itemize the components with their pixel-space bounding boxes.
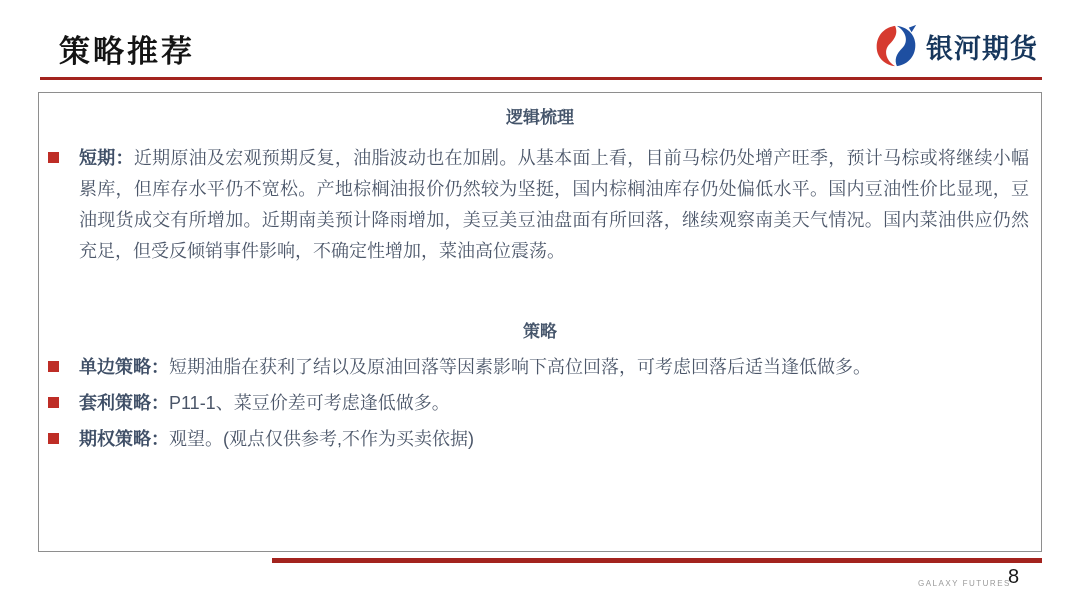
- footer-rule: [272, 558, 1042, 563]
- strategy-text: 短期油脂在获利了结以及原油回落等因素影响下高位回落，可考虑回落后适当逢低做多。: [169, 357, 871, 377]
- strategy-label: 期权策略：: [79, 429, 169, 449]
- content-box: 逻辑梳理 短期：近期原油及宏观预期反复，油脂波动也在加剧。从基本面上看，目前马棕…: [38, 92, 1042, 552]
- section-heading-logic: 逻辑梳理: [39, 107, 1041, 129]
- footer-brand: GALAXY FUTURES: [918, 579, 1011, 588]
- strategy-item-options: 期权策略：观望。(观点仅供参考,不作为买卖依据): [48, 427, 1029, 451]
- galaxy-swirl-icon: [874, 24, 918, 68]
- strategy-text: P11-1、菜豆价差可考虑逢低做多。: [169, 393, 450, 413]
- short-term-paragraph: 短期：近期原油及宏观预期反复，油脂波动也在加剧。从基本面上看，目前马棕仍处增产旺…: [48, 143, 1029, 267]
- strategy-label: 单边策略：: [79, 357, 169, 377]
- bullet-square-icon: [48, 152, 59, 163]
- logo-text: 银河期货: [926, 27, 1038, 66]
- slide: 策略推荐 银河期货 逻辑梳理 短期：近期原油及宏观预期反复，油脂波动也在加剧。从…: [0, 0, 1080, 608]
- bullet-square-icon: [48, 361, 59, 372]
- strategy-label: 套利策略：: [79, 393, 169, 413]
- bullet-square-icon: [48, 433, 59, 444]
- strategy-item-arbitrage: 套利策略：P11-1、菜豆价差可考虑逢低做多。: [48, 391, 1029, 415]
- title-underline: [40, 77, 1042, 80]
- strategy-text: 观望。(观点仅供参考,不作为买卖依据): [169, 429, 474, 449]
- strategy-item-unilateral: 单边策略：短期油脂在获利了结以及原油回落等因素影响下高位回落，可考虑回落后适当逢…: [48, 355, 1029, 379]
- short-term-text: 近期原油及宏观预期反复，油脂波动也在加剧。从基本面上看，目前马棕仍处增产旺季，预…: [79, 148, 1029, 261]
- short-term-label: 短期：: [79, 148, 134, 168]
- section-heading-strategy: 策略: [39, 321, 1041, 343]
- page-title: 策略推荐: [59, 26, 195, 71]
- bullet-square-icon: [48, 397, 59, 408]
- page-number: 8: [1008, 566, 1019, 589]
- galaxy-futures-logo: 银河期货: [874, 24, 1038, 68]
